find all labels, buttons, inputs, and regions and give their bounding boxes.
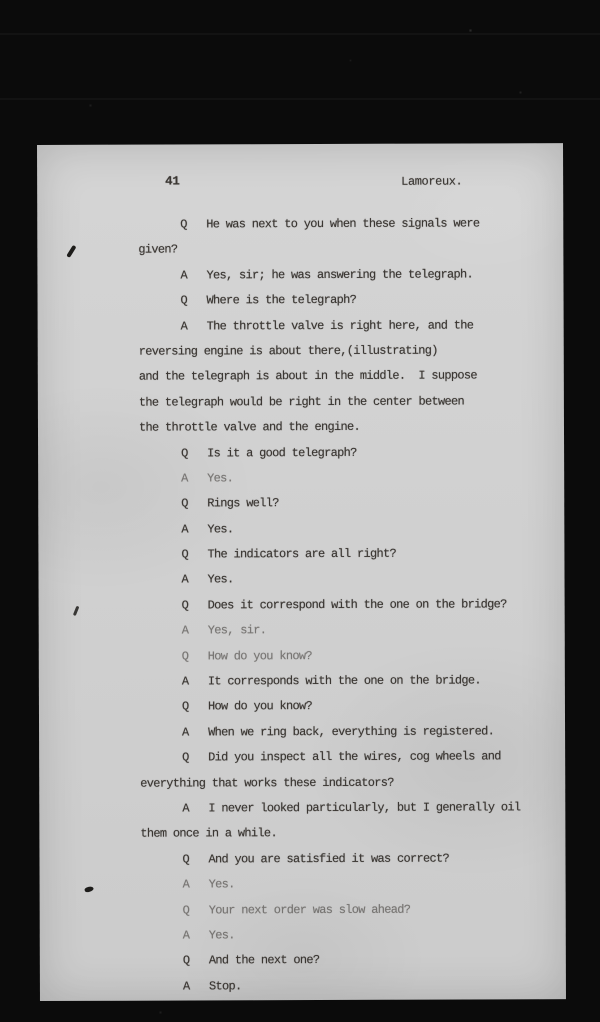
scan-page: 41 Lamoreux. Q He was next to you when t…	[37, 143, 566, 1001]
transcript-line: A The throttle valve is right here, and …	[38, 313, 564, 340]
transcript-line: Q How do you know?	[39, 694, 565, 721]
transcript-line: everything that works these indicators?	[39, 770, 565, 797]
transcript-line: Q Is it a good telegraph?	[38, 440, 564, 467]
transcript-line: and the telegraph is about in the middle…	[38, 364, 564, 391]
transcript-line: Q And you are satisfied it was correct?	[39, 846, 565, 873]
transcript-line: A It corresponds with the one on the bri…	[39, 668, 565, 695]
transcript-line: A Yes, sir; he was answering the telegra…	[37, 262, 563, 289]
transcript-line: A Yes.	[40, 922, 566, 949]
transcript-line: Q And the next one?	[40, 947, 566, 974]
transcript-line: Q Rings well?	[38, 490, 564, 517]
film-seam	[0, 98, 600, 100]
transcript-line: the throttle valve and the engine.	[38, 414, 564, 441]
transcript-line: A I never looked particularly, but I gen…	[39, 795, 565, 822]
transcript-line: Q Your next order was slow ahead?	[40, 897, 566, 924]
transcript-line: A Stop.	[40, 973, 566, 1000]
transcript-line: Q Does it correspond with the one on the…	[39, 592, 565, 619]
transcript-body: Q He was next to you when these signals …	[37, 211, 566, 1000]
transcript-line: A Yes.	[40, 871, 566, 898]
transcript-line: Q Did you inspect all the wires, cog whe…	[39, 744, 565, 771]
transcript-line: given?	[37, 237, 563, 264]
transcript-line: A Yes.	[38, 465, 564, 492]
transcript-line: A When we ring back, everything is regis…	[39, 719, 565, 746]
transcript-line: them once in a while.	[39, 821, 565, 848]
transcript-line: A Yes.	[38, 516, 564, 543]
page-number: 41	[165, 175, 179, 189]
transcript-line: Q How do you know?	[39, 643, 565, 670]
transcript-line: A Yes.	[38, 567, 564, 594]
witness-name: Lamoreux.	[401, 175, 462, 189]
transcript-line: the telegraph would be right in the cent…	[38, 389, 564, 416]
transcript-line: Q The indicators are all right?	[38, 541, 564, 568]
film-specks	[0, 0, 1, 1]
film-seam	[0, 33, 600, 35]
transcript-line: A Yes, sir.	[39, 617, 565, 644]
transcript-line: Q He was next to you when these signals …	[37, 211, 563, 238]
transcript-line: Q Where is the telegraph?	[38, 287, 564, 314]
transcript-line: reversing engine is about there,(illustr…	[38, 338, 564, 365]
